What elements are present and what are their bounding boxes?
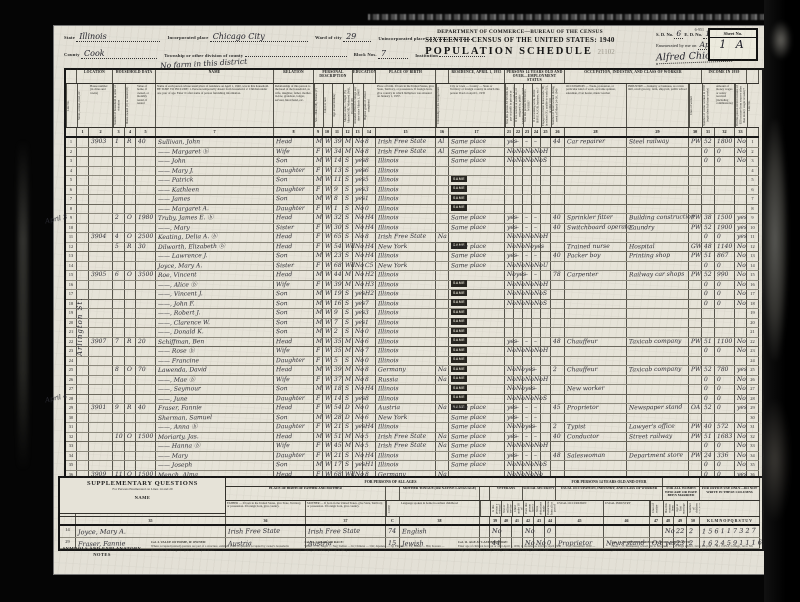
cell-wks: 40 xyxy=(702,423,715,432)
cell-name: ——, Mae ⓑ xyxy=(156,376,274,385)
cell-grd: 7 xyxy=(363,347,376,356)
entry-e1: No xyxy=(505,423,513,431)
entry-hh: 1 xyxy=(113,138,124,146)
entry-wks: 51 xyxy=(702,252,714,260)
entry-sex: M xyxy=(314,385,322,393)
entry-rel: Daughter xyxy=(274,423,313,432)
cell-street xyxy=(77,461,89,470)
entry-bpl: Illinois xyxy=(376,175,435,184)
cell-e4 xyxy=(532,357,541,366)
entry-oth: No xyxy=(735,442,746,450)
cell-street xyxy=(77,442,89,451)
table-row: 18——, John F.SonMW16Syes7IllinoisSAMENoN… xyxy=(66,300,759,310)
entry-e1: No xyxy=(505,299,513,307)
cell-cls xyxy=(689,385,702,394)
cell-e1: No xyxy=(505,376,514,385)
column-number: 3 xyxy=(113,128,125,136)
cell-val xyxy=(136,347,156,356)
supp-cell-office: 1 5 6 1 1 7 3 2 7 xyxy=(700,526,760,537)
cell-wks: 0 xyxy=(702,395,715,404)
cell-house: 3901 xyxy=(89,404,113,413)
cell-cls xyxy=(689,262,702,271)
cell-oth: No xyxy=(735,290,747,299)
entry-wks: 0 xyxy=(702,299,714,307)
entry-bpl: New York xyxy=(376,261,435,270)
cell-cls xyxy=(689,186,702,195)
entry-race: W xyxy=(323,375,331,383)
entry-sex: F xyxy=(314,347,322,355)
entry-race: W xyxy=(323,261,331,269)
entry-own: R xyxy=(125,242,135,250)
cell-e1 xyxy=(505,167,514,176)
entry-rel: Son xyxy=(274,157,313,166)
table-row: 19——, Robert J.SonMW9Syes3IllinoisSAME19 xyxy=(66,309,759,319)
cell-race: W xyxy=(323,300,332,309)
entry-ln1: 25 xyxy=(66,366,76,375)
entry-ln1: 1 xyxy=(66,138,76,147)
entry-e3: No xyxy=(523,147,531,155)
cell-own xyxy=(125,186,136,195)
cell-grd: H4 xyxy=(363,423,376,432)
cell-hh: 9 xyxy=(113,404,125,413)
cell-wag: 1800 xyxy=(715,138,735,147)
cell-cit xyxy=(436,224,449,233)
cell-wag: 867 xyxy=(715,252,735,261)
cell-ind xyxy=(627,186,689,195)
entry-rel: Head xyxy=(274,337,313,346)
cell-rel: Head xyxy=(274,338,314,347)
entry-e1: yes xyxy=(505,223,513,231)
cell-name: ——, Seymour xyxy=(156,385,274,394)
entry-e2: – xyxy=(514,138,522,146)
cell-mar: M xyxy=(343,376,353,385)
cell-mar: M xyxy=(343,366,353,375)
cell-house xyxy=(89,423,113,432)
cell-e5 xyxy=(541,138,551,147)
cell-hh xyxy=(113,385,125,394)
entry-sch: yes xyxy=(353,166,362,174)
entry-age: 13 xyxy=(332,166,342,174)
cell-occ xyxy=(565,205,627,214)
cell-oth: No xyxy=(735,452,747,461)
entry-grd: 7 xyxy=(363,299,375,307)
cell-occ xyxy=(565,167,627,176)
cell-sex: F xyxy=(314,347,323,356)
table-row: 35—— JosephSonMW17SyesH1IllinoisSame pla… xyxy=(66,461,759,471)
cell-e2: No xyxy=(514,148,523,157)
column-number xyxy=(66,128,77,136)
entry-sex: F xyxy=(314,166,322,174)
entry-race: W xyxy=(323,242,331,250)
entry-race: W xyxy=(323,280,331,288)
cell-cit: Al xyxy=(436,138,449,147)
cell-e1: yes xyxy=(505,224,514,233)
column-number: 14 xyxy=(363,128,376,136)
cell-race: W xyxy=(323,233,332,242)
cell-mar: M xyxy=(343,148,353,157)
cell-e1 xyxy=(505,357,514,366)
entry-name: Sullivan, John xyxy=(156,137,273,147)
schedule-stamp: 21102 xyxy=(598,48,615,56)
entry-mar: S xyxy=(343,204,352,212)
entry-own: O xyxy=(125,432,135,440)
cell-ln1: 33 xyxy=(66,442,77,451)
cell-res: SAME xyxy=(449,281,505,290)
cell-rel: Wife xyxy=(274,376,314,385)
entry-name: ——, Donald K. xyxy=(156,327,273,337)
entry-ln2: 8 xyxy=(747,205,758,214)
cell-oth: No xyxy=(735,347,747,356)
county-value: Cook xyxy=(81,50,157,59)
entry-age: 11 xyxy=(332,176,342,184)
entry-age: 9 xyxy=(332,185,342,193)
entry-mar: M xyxy=(343,432,352,440)
cell-house xyxy=(89,214,113,223)
cell-wag: 1500 xyxy=(715,214,735,223)
entry-grd: 8 xyxy=(363,394,375,402)
entry-hrs: 40 xyxy=(551,223,564,231)
entry-e4: No xyxy=(532,261,540,269)
cell-name: —— Margaret A. xyxy=(156,205,274,214)
entry-e2: No xyxy=(514,423,522,431)
entry-e2: No xyxy=(514,375,522,383)
cell-ind xyxy=(627,148,689,157)
cell-e2: – xyxy=(514,433,523,442)
cell-cit xyxy=(436,205,449,214)
cell-name: —— Lawrence J. xyxy=(156,252,274,261)
cell-wag: 0 xyxy=(715,376,735,385)
entry-ln1: 18 xyxy=(66,300,76,309)
supp-column-number: 39 xyxy=(490,517,501,524)
cell-hrs: 40 xyxy=(551,433,565,442)
cell-own xyxy=(125,442,136,451)
column-label: Attended school or college any time sinc… xyxy=(353,84,363,127)
entry-grd: H3 xyxy=(363,280,375,288)
cell-ln2: 10 xyxy=(747,224,759,233)
cell-e5: H xyxy=(541,281,551,290)
cell-sex: M xyxy=(314,385,323,394)
entry-e2: – xyxy=(514,223,522,231)
cell-rel: Son xyxy=(274,385,314,394)
cell-oth: No xyxy=(735,461,747,470)
cell-sch: No xyxy=(353,366,363,375)
entry-sex: M xyxy=(314,271,322,279)
column-number: 1 xyxy=(77,128,89,136)
supp-cell-dcls xyxy=(650,526,663,537)
entry-e3: No xyxy=(523,233,531,241)
column-label: Home owned (O) or rented (R) xyxy=(125,84,136,127)
cell-sch: No xyxy=(353,442,363,451)
cell-e2: No xyxy=(514,423,523,432)
entry-wks: 0 xyxy=(702,147,714,155)
entry-age: 1 xyxy=(332,204,342,212)
entry-oth: No xyxy=(735,242,746,250)
cell-wks xyxy=(702,414,715,423)
cell-name: ——, Clarence W. xyxy=(156,319,274,328)
entry-race: W xyxy=(323,404,331,412)
cell-grd: 8 xyxy=(363,157,376,166)
cell-hh xyxy=(113,157,125,166)
entry-ln2: 4 xyxy=(747,167,758,176)
cell-val xyxy=(136,186,156,195)
entry-e3: No xyxy=(523,242,531,250)
cell-ind: Steel railway xyxy=(627,138,689,147)
cell-own xyxy=(125,414,136,423)
entry-rel: Son xyxy=(274,252,313,261)
cell-hrs: 44 xyxy=(551,138,565,147)
cell-e3 xyxy=(523,176,532,185)
cell-wks xyxy=(702,328,715,337)
entry-ln2: 18 xyxy=(747,300,758,309)
cell-cls xyxy=(689,167,702,176)
entry-e1: yes xyxy=(505,252,513,260)
cell-race: W xyxy=(323,338,332,347)
entry-ln2: 6 xyxy=(747,186,758,195)
column-label: Line No. xyxy=(747,84,759,127)
entry-mar: S xyxy=(343,252,352,260)
entry-grd: 1 xyxy=(363,318,375,326)
column-label: Number of household in order of visitati… xyxy=(113,84,125,127)
supp-cell-mother: Irish Free State xyxy=(306,526,386,537)
entry-hrs: 2 xyxy=(551,366,564,374)
entry-race: W xyxy=(323,233,331,241)
cell-cls xyxy=(689,157,702,166)
cell-hrs xyxy=(551,233,565,242)
cell-e3: – xyxy=(523,338,532,347)
supp-column-label: Class of worker xyxy=(650,501,663,516)
entry-bpl: New York xyxy=(376,242,435,251)
cell-mar: S xyxy=(343,309,353,318)
cell-e1: No xyxy=(505,461,514,470)
cell-res: Same place xyxy=(449,224,505,233)
column-label: Number of hours worked during week of Ma… xyxy=(551,84,565,127)
cell-ln2: 31 xyxy=(747,423,759,432)
cell-bpl: Illinois xyxy=(376,252,436,261)
cell-house xyxy=(89,290,113,299)
entry-hh: 9 xyxy=(113,404,124,412)
cell-own xyxy=(125,319,136,328)
entry-rel: Wife xyxy=(274,147,313,156)
supp-banner: FOR PERSONS OF ALL AGES xyxy=(226,478,556,486)
cell-ind xyxy=(627,195,689,204)
cell-name: Schiffman, Ben xyxy=(156,338,274,347)
cell-mar: S xyxy=(343,157,353,166)
cell-hh xyxy=(113,357,125,366)
entry-bpl: Illinois xyxy=(376,194,435,203)
supp-column-number: 44 xyxy=(545,517,556,524)
supp-entry-agem: 22 xyxy=(674,526,686,536)
supp-cell-marr: No xyxy=(663,526,674,537)
entry-cls: PW xyxy=(689,451,701,459)
cell-res: SAME xyxy=(449,271,505,280)
entry-grd: H4 xyxy=(363,223,375,231)
cell-hh: 10 xyxy=(113,433,125,442)
cell-rel: Son xyxy=(274,414,314,423)
cell-e5 xyxy=(541,452,551,461)
entry-sex: M xyxy=(314,366,322,374)
cell-wks: 0 xyxy=(702,347,715,356)
entry-ln1: 29 xyxy=(66,404,76,413)
entry-e1: yes xyxy=(505,214,513,222)
cell-bpl: Irish Free State xyxy=(376,138,436,147)
supplementary-subtitle: For Persons Enumerated on Lines 14 and 2… xyxy=(60,487,225,491)
entry-race: W xyxy=(323,328,331,336)
entry-race: W xyxy=(323,157,331,165)
cell-val xyxy=(136,452,156,461)
entry-e2: No xyxy=(514,280,522,288)
cell-name: ——, Robert J. xyxy=(156,309,274,318)
cell-e1: No xyxy=(505,271,514,280)
cell-own xyxy=(125,328,136,337)
entry-bpl: Irish Free State xyxy=(376,147,435,156)
cell-ind xyxy=(627,300,689,309)
entry-e1: No xyxy=(505,461,513,469)
cell-bpl: New York xyxy=(376,262,436,271)
entry-occ: Conductor xyxy=(565,432,626,441)
cell-race: W xyxy=(323,148,332,157)
entry-grd: 8 xyxy=(363,366,375,374)
entry-hrs: 78 xyxy=(551,271,564,279)
cell-age: 19 xyxy=(332,290,343,299)
entry-rel: Head xyxy=(274,214,313,223)
entry-sch: No xyxy=(353,366,362,374)
cell-hrs xyxy=(551,309,565,318)
cell-sex: M xyxy=(314,290,323,299)
cell-name: Fraser, Fannie xyxy=(156,404,274,413)
column-number xyxy=(747,128,759,136)
cell-e1: No xyxy=(505,423,514,432)
entry-name: ——, June xyxy=(156,393,273,403)
schedule-title: POPULATION SCHEDULE xyxy=(425,46,593,57)
entry-wag: 1900 xyxy=(715,223,734,231)
cell-e1 xyxy=(505,195,514,204)
entry-e4: – xyxy=(532,413,540,421)
column-label: Citizenship of the foreign born xyxy=(436,84,449,127)
cell-ln2: 28 xyxy=(747,395,759,404)
entry-race: W xyxy=(323,423,331,431)
cell-wag xyxy=(715,186,735,195)
entry-name: —— James xyxy=(156,194,273,204)
cell-cit xyxy=(436,271,449,280)
cell-grd: 8 xyxy=(363,138,376,147)
entry-e2: – xyxy=(514,214,522,222)
cell-oth: No xyxy=(735,300,747,309)
cell-wag xyxy=(715,195,735,204)
cell-val xyxy=(136,167,156,176)
entry-res: Same place xyxy=(449,261,504,270)
entry-sex: M xyxy=(314,176,322,184)
entry-rel: Son xyxy=(274,385,313,394)
entry-sch: yes xyxy=(353,157,362,165)
entry-rel: Son xyxy=(274,299,313,308)
supp-column-label: Number of children ever born xyxy=(687,501,700,516)
entry-oth: yes xyxy=(735,233,746,241)
supp-entry-s3: 0 xyxy=(545,526,555,536)
cell-oth xyxy=(735,167,747,176)
entry-ind: Railway car shops xyxy=(627,270,688,279)
cell-wag xyxy=(715,357,735,366)
cell-e3: – xyxy=(523,404,532,413)
cell-house xyxy=(89,376,113,385)
cell-e2: No xyxy=(514,262,523,271)
entry-race: W xyxy=(323,451,331,459)
entry-wag: 0 xyxy=(715,233,734,241)
entry-grd: 8 xyxy=(363,138,375,146)
cell-ind xyxy=(627,461,689,470)
cell-race: W xyxy=(323,433,332,442)
column-number: 15 xyxy=(376,128,436,136)
entry-e4: No xyxy=(532,280,540,288)
entry-bpl: Illinois xyxy=(376,223,435,232)
cell-hrs xyxy=(551,414,565,423)
entry-cls: PW xyxy=(689,432,701,440)
cell-e5 xyxy=(541,338,551,347)
supp-column-number: 45 xyxy=(556,517,604,524)
cell-sch: No xyxy=(353,376,363,385)
entry-e1: No xyxy=(505,366,513,374)
entry-rel: Head xyxy=(274,366,313,375)
cell-sex: M xyxy=(314,138,323,147)
entry-sch: No xyxy=(353,451,362,459)
cell-ln2: 30 xyxy=(747,414,759,423)
cell-hh: 5 xyxy=(113,243,125,252)
entry-e2: – xyxy=(514,432,522,440)
entry-hrs: 40 xyxy=(551,214,564,222)
cell-e1: No xyxy=(505,157,514,166)
entry-age: 28 xyxy=(332,413,342,421)
cell-age: 65 xyxy=(332,233,343,242)
cell-race: W xyxy=(323,442,332,451)
cell-mar: S xyxy=(343,319,353,328)
entry-race: W xyxy=(323,290,331,298)
entry-occ: Trained nurse xyxy=(565,242,626,251)
cell-e3: No xyxy=(523,281,532,290)
cell-val: 3500 xyxy=(136,271,156,280)
entry-age: 32 xyxy=(332,214,342,222)
cell-name: ——, June xyxy=(156,395,274,404)
cell-val: 1980 xyxy=(136,214,156,223)
cell-cls: PW xyxy=(689,423,702,432)
cell-e2 xyxy=(514,328,523,337)
entry-cls: PW xyxy=(689,337,701,345)
entry-bpl: Irish Free State xyxy=(376,441,435,450)
supp-column-number: 38 xyxy=(400,517,480,524)
cell-e2 xyxy=(514,357,523,366)
cell-wks xyxy=(702,357,715,366)
entry-house: 3901 xyxy=(89,404,112,412)
cell-sex: F xyxy=(314,281,323,290)
cell-rel: Head xyxy=(274,138,314,147)
cell-name: ——, John F. xyxy=(156,300,274,309)
entry-race: W xyxy=(323,309,331,317)
cell-hh xyxy=(113,376,125,385)
entry-e2: No xyxy=(514,290,522,298)
supp-entry-father: Irish Free State xyxy=(226,525,305,536)
cell-res: Same place xyxy=(449,452,505,461)
cell-cls xyxy=(689,357,702,366)
entry-cls: OA xyxy=(689,404,701,412)
cell-sch: No xyxy=(353,205,363,214)
cell-own xyxy=(125,376,136,385)
entry-ln1: 2 xyxy=(66,148,76,157)
scan-streak xyxy=(18,140,28,470)
entry-e4: yes xyxy=(532,242,540,250)
cell-val xyxy=(136,442,156,451)
cell-ind: Lawyer's office xyxy=(627,423,689,432)
entry-race: W xyxy=(323,166,331,174)
entry-name: —— Patrick xyxy=(156,175,273,185)
cell-hrs xyxy=(551,347,565,356)
